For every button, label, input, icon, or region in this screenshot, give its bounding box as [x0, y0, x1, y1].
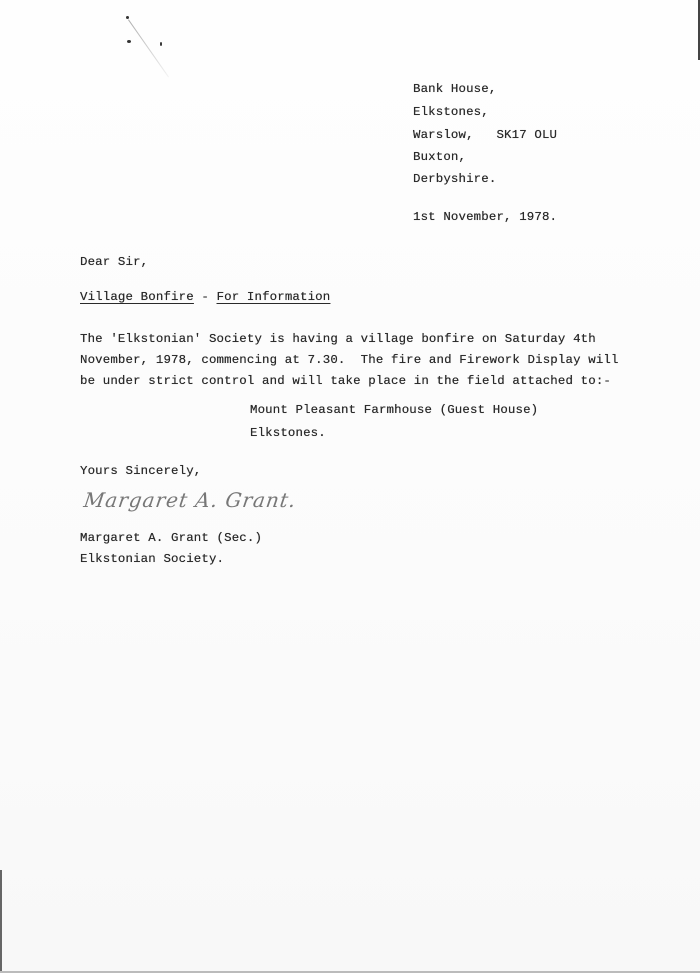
handwritten-signature: Margaret A. Grant. [82, 488, 298, 512]
letter-page: Bank House, Elkstones, Warslow, SK17 OLU… [0, 0, 700, 973]
closing: Yours Sincerely, [80, 464, 201, 478]
venue-line: Elkstones. [250, 426, 326, 440]
signatory-organisation: Elkstonian Society. [80, 552, 224, 566]
address-line: Elkstones, [413, 105, 489, 119]
subject-note: For Information [217, 290, 331, 304]
body-line: November, 1978, commencing at 7.30. The … [80, 353, 619, 367]
letter-date: 1st November, 1978. [413, 210, 557, 224]
ink-speck [127, 40, 131, 43]
page-edge-shadow-left [0, 870, 2, 973]
venue-line: Mount Pleasant Farmhouse (Guest House) [250, 403, 538, 417]
body-line: The 'Elkstonian' Society is having a vil… [80, 332, 596, 346]
paper-scratch-mark [128, 19, 169, 77]
ink-speck [160, 42, 162, 46]
signatory-name: Margaret A. Grant (Sec.) [80, 531, 262, 545]
subject-line: Village Bonfire - For Information [80, 290, 330, 304]
subject-separator: - [194, 290, 217, 304]
address-line: Buxton, [413, 150, 466, 164]
salutation: Dear Sir, [80, 255, 148, 269]
subject-title: Village Bonfire [80, 290, 194, 304]
address-line: Bank House, [413, 82, 496, 96]
ink-speck [126, 16, 129, 19]
address-line: Warslow, SK17 OLU [413, 128, 557, 142]
address-line: Derbyshire. [413, 172, 496, 186]
body-line: be under strict control and will take pl… [80, 374, 611, 388]
